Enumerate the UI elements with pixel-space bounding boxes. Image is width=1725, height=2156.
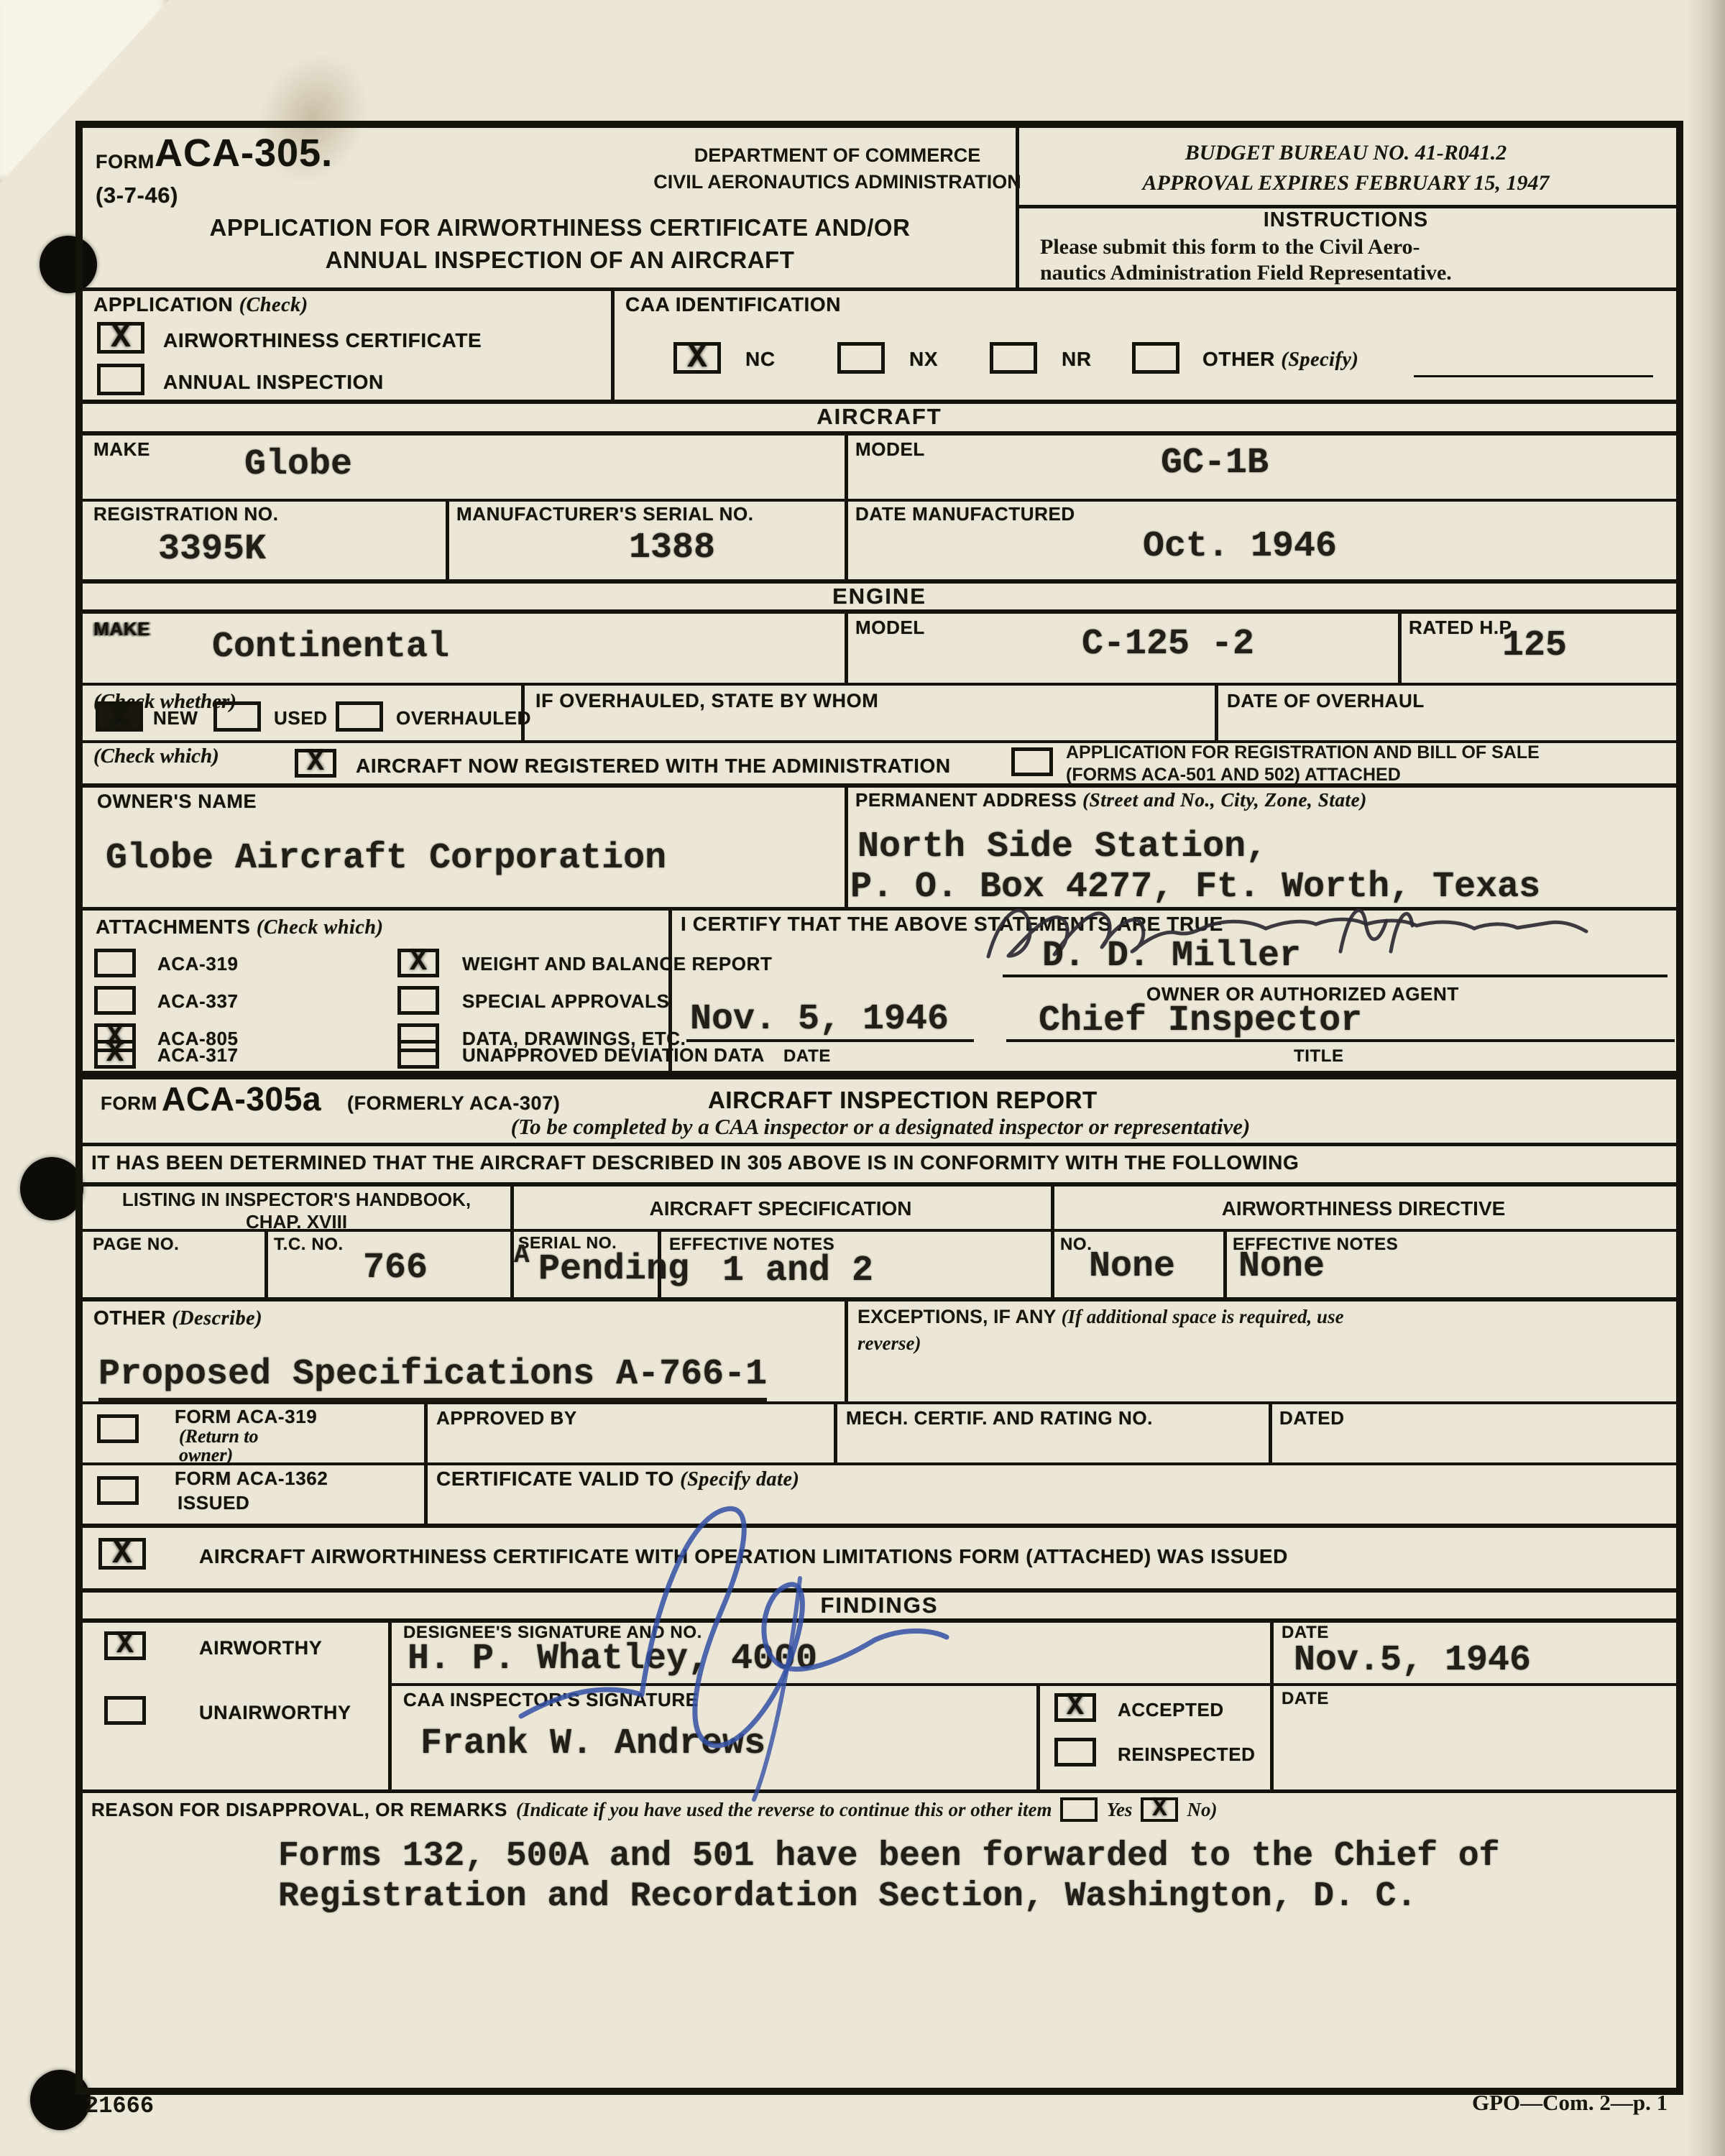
form-aca-305: FORM ACA-305. (3-7-46) DEPARTMENT OF COM… [75,121,1683,2095]
tc-no-value: 766 [363,1248,428,1289]
form-305a-prefix: FORM [101,1092,157,1115]
inspection-report-title: AIRCRAFT INSPECTION REPORT [708,1087,1098,1114]
divider-v [1269,1401,1272,1462]
other-checkbox [1132,342,1179,374]
divider-v [834,1401,837,1462]
registration-no-label: REGISTRATION NO. [93,503,279,525]
aca-337-label: ACA-337 [157,990,239,1013]
form-305a-formerly: (FORMERLY ACA-307) [347,1092,560,1115]
instructions-line2: nautics Administration Field Representat… [1040,260,1673,286]
reason-label-italic: (Indicate if you have used the reverse t… [516,1799,1052,1821]
directive-no-value: None [1089,1246,1175,1287]
aircraft-section-band: AIRCRAFT [83,404,1676,430]
yes-label: Yes [1106,1799,1132,1821]
aca-319-checkbox [94,949,136,977]
reason-remarks-row: REASON FOR DISAPPROVAL, OR REMARKS (Indi… [91,1795,1217,1824]
divider-v [1398,609,1402,683]
airworthy-checkbox: X [104,1631,146,1660]
col-spec-header: AIRCRAFT SPECIFICATION [510,1197,1051,1220]
nr-label: NR [1062,348,1092,371]
form-305a-number: ACA-305a [162,1079,321,1118]
nx-label: NX [909,348,938,371]
registered-checkbox: X [295,749,336,778]
instructions-title: INSTRUCTIONS [1016,208,1676,232]
unairworthy-checkbox [104,1696,146,1725]
owners-name-label: OWNER'S NAME [97,791,257,813]
weight-balance-label: WEIGHT AND BALANCE REPORT [462,953,772,975]
divider-h [83,287,1676,291]
engine-model-label: MODEL [855,617,925,639]
divider-v [1270,1618,1274,1789]
nc-checkbox: X [673,342,721,374]
divider-v [845,499,848,579]
divider-v [845,609,848,683]
other-label: OTHER (Specify) [1202,348,1358,372]
divider-h [83,431,1676,436]
designee-signature-ink [471,1479,1103,1802]
overhauled-label: OVERHAULED [396,707,531,729]
page-title: APPLICATION FOR AIRWORTHINESS CERTIFICAT… [104,211,1016,276]
instructions-text: Please submit this form to the Civil Aer… [1040,234,1673,286]
form-aca-1362-label: FORM ACA-1362 [175,1468,328,1490]
col-listing-header: LISTING IN INSPECTOR'S HANDBOOK, CHAP. X… [83,1189,510,1233]
certify-date-label: DATE [783,1046,831,1067]
check-mark: X [410,946,427,979]
instructions-line1: Please submit this form to the Civil Aer… [1040,234,1673,260]
date-manufactured-label: DATE MANUFACTURED [855,503,1075,525]
owner-signature-typed: D. D. Miller [1042,936,1301,977]
divider-v [845,1297,848,1401]
signature-line [1003,975,1667,977]
page-no-label: PAGE NO. [93,1235,179,1255]
nx-checkbox [837,342,885,374]
divider-v [611,287,615,400]
divider-v [424,1401,428,1462]
gpo-imprint: GPO—Com. 2—p. 1 [1472,2090,1667,2116]
bill-of-sale-label: APPLICATION FOR REGISTRATION AND BILL OF… [1066,742,1540,786]
remarks-line2: Registration and Recordation Section, Wa… [278,1877,1417,1916]
weight-balance-checkbox: X [397,949,439,977]
annual-inspection-checkbox [97,364,144,395]
form-aca-319-checkbox [97,1414,139,1443]
other-describe-label: OTHER (Describe) [93,1307,262,1330]
divider-h [83,1462,1676,1465]
form-number: ACA-305. [155,131,333,175]
aca-319-label: ACA-319 [157,953,239,975]
overhauled-by-whom-label: IF OVERHAULED, STATE BY WHOM [535,690,878,712]
issued-label: ISSUED [178,1492,249,1514]
inspection-report-subtitle: (To be completed by a CAA inspector or a… [198,1114,1563,1140]
aircraft-make-label: MAKE [93,438,150,461]
attachments-label: ATTACHMENTS (Check which) [96,916,384,939]
mech-certif-label: MECH. CERTIF. AND RATING NO. [846,1407,1153,1429]
airworthiness-certificate-label: AIRWORTHINESS CERTIFICATE [163,329,482,352]
findings-date2-label: DATE [1282,1689,1329,1709]
owners-name-value: Globe Aircraft Corporation [106,838,666,879]
form-number-prefix: FORM [96,151,155,173]
tc-no-label: T.C. NO. [274,1235,344,1255]
effective-notes-value: 1 and 2 [722,1250,873,1291]
registered-label: AIRCRAFT NOW REGISTERED WITH THE ADMINIS… [356,755,951,778]
return-to-owner-line2: owner) [179,1445,233,1466]
divider-v [845,431,848,499]
engine-model-value: C-125 -2 [1082,624,1254,665]
special-approvals-label: SPECIAL APPROVALS [462,990,670,1013]
exceptions-label: EXCEPTIONS, IF ANY (If additional space … [857,1304,1344,1357]
divider-h [83,609,1676,614]
unairworthy-label: UNAIRWORTHY [199,1702,351,1724]
registration-no-value: 3395K [158,529,266,570]
check-mark: X [116,1629,134,1662]
budget-approval-expires: APPROVAL EXPIRES FEBRUARY 15, 1947 [1024,168,1667,198]
engine-make-value: Continental [212,627,449,668]
determined-statement: IT HAS BEEN DETERMINED THAT THE AIRCRAFT… [91,1151,1299,1174]
scanned-form-page: FORM ACA-305. (3-7-46) DEPARTMENT OF COM… [0,0,1725,2156]
divider-v [264,1229,268,1297]
findings-date1-value: Nov.5, 1946 [1294,1640,1531,1681]
serial-no-label: MANUFACTURER'S SERIAL NO. [456,503,754,525]
annual-inspection-label: ANNUAL INSPECTION [163,371,384,394]
paper-edge [1686,0,1725,2156]
check-mark: X [111,319,131,356]
budget-bureau-no: BUDGET BUREAU NO. 41-R041.2 [1024,138,1667,168]
aca-317-checkbox: X [94,1040,136,1069]
check-mark: X [106,1038,124,1070]
reinspected-label: REINSPECTED [1118,1743,1256,1766]
new-label: NEW [153,707,198,729]
check-mark: X [109,699,129,736]
engine-section-band: ENGINE [83,584,1676,609]
certify-title-label: TITLE [1294,1046,1344,1067]
nr-checkbox [990,342,1037,374]
aircraft-model-value: GC-1B [1161,443,1269,484]
directive-no-label: NO. [1060,1235,1092,1255]
caa-identification-label: CAA IDENTIFICATION [625,293,841,316]
divider-h [83,1143,1676,1146]
cert-issued-checkbox: X [98,1538,146,1570]
certify-title-value: Chief Inspector [1039,1000,1362,1041]
no-label: No) [1187,1799,1217,1821]
col-directive-header: AIRWORTHINESS DIRECTIVE [1051,1197,1676,1220]
divider-v [1223,1229,1227,1297]
permanent-address-label: PERMANENT ADDRESS (Street and No., City,… [855,789,1367,811]
rated-hp-label: RATED H.P. [1409,617,1515,639]
engine-make-label: MAKE [93,618,150,640]
aca-317-label: ACA-317 [157,1044,239,1067]
agency-name: DEPARTMENT OF COMMERCE CIVIL AERONAUTICS… [615,142,1060,195]
form-aca-319-label: FORM ACA-319 [175,1406,317,1428]
aircraft-make-value: Globe [244,444,352,485]
spec-serial-prefix: A [514,1240,530,1270]
airworthiness-certificate-checkbox: X [97,322,144,354]
spec-serial-value: Pending [538,1249,689,1290]
divider-h [83,1401,1676,1404]
divider-v [1215,683,1218,740]
divider-v [845,783,848,907]
divider-h [83,1182,1676,1187]
divider-h [83,683,1676,686]
serial-no-value: 1388 [629,528,715,568]
directive-notes-value: None [1238,1246,1325,1287]
form-revision-date: (3-7-46) [96,183,178,208]
no-checkbox: X [1141,1797,1178,1822]
aca-337-checkbox [94,986,136,1015]
divider-v [424,1462,428,1524]
approved-by-label: APPROVED BY [436,1407,577,1429]
new-checkbox: X [96,701,143,732]
divider-h [83,499,1676,502]
remarks-line1: Forms 132, 500A and 501 have been forwar… [278,1837,1499,1876]
yes-checkbox [1060,1797,1098,1822]
page-title-line2: ANNUAL INSPECTION OF AN AIRCRAFT [104,244,1016,276]
agency-line1: DEPARTMENT OF COMMERCE [615,142,1060,169]
aircraft-model-label: MODEL [855,438,925,461]
budget-bureau-note: BUDGET BUREAU NO. 41-R041.2 APPROVAL EXP… [1024,138,1667,198]
nc-label: NC [745,348,776,371]
date-manufactured-value: Oct. 1946 [1143,526,1337,567]
date-line [686,1039,974,1042]
rated-hp-value: 125 [1502,625,1567,666]
divider-v [446,499,449,579]
agency-line2: CIVIL AERONAUTICS ADMINISTRATION [615,169,1060,195]
divider-h [83,1297,1676,1302]
title-line [1006,1039,1675,1042]
form-aca-1362-checkbox [97,1476,139,1505]
unapproved-deviation-checkbox [397,1040,439,1069]
other-specify-line [1414,375,1653,377]
check-mark: X [112,1535,132,1572]
page-title-line1: APPLICATION FOR AIRWORTHINESS CERTIFICAT… [104,211,1016,244]
dated-label: DATED [1279,1407,1345,1429]
special-approvals-checkbox [397,986,439,1015]
airworthy-label: AIRWORTHY [199,1637,322,1659]
other-describe-value: Proposed Specifications A-766-1 [98,1354,767,1401]
date-of-overhaul-label: DATE OF OVERHAUL [1227,690,1425,712]
check-mark: X [307,747,324,779]
used-label: USED [274,707,328,729]
check-mark: X [1152,1796,1167,1823]
check-which-label: (Check which) [93,745,219,768]
check-mark: X [687,339,707,377]
print-order-number: 21666 [85,2093,154,2119]
unapproved-deviation-label: UNAPPROVED DEVIATION DATA [462,1044,765,1067]
used-checkbox [213,701,261,732]
reason-label: REASON FOR DISAPPROVAL, OR REMARKS [91,1799,507,1821]
overhauled-checkbox [336,701,383,732]
address-line1: North Side Station, [857,826,1267,867]
application-section-label: APPLICATION (Check) [93,293,308,317]
punch-hole-icon [20,1157,83,1220]
divider-h-heavy [83,1071,1676,1079]
accepted-label: ACCEPTED [1118,1699,1224,1721]
certify-date-value: Nov. 5, 1946 [690,999,949,1040]
divider-v [388,1618,392,1789]
bill-of-sale-checkbox [1011,747,1053,776]
